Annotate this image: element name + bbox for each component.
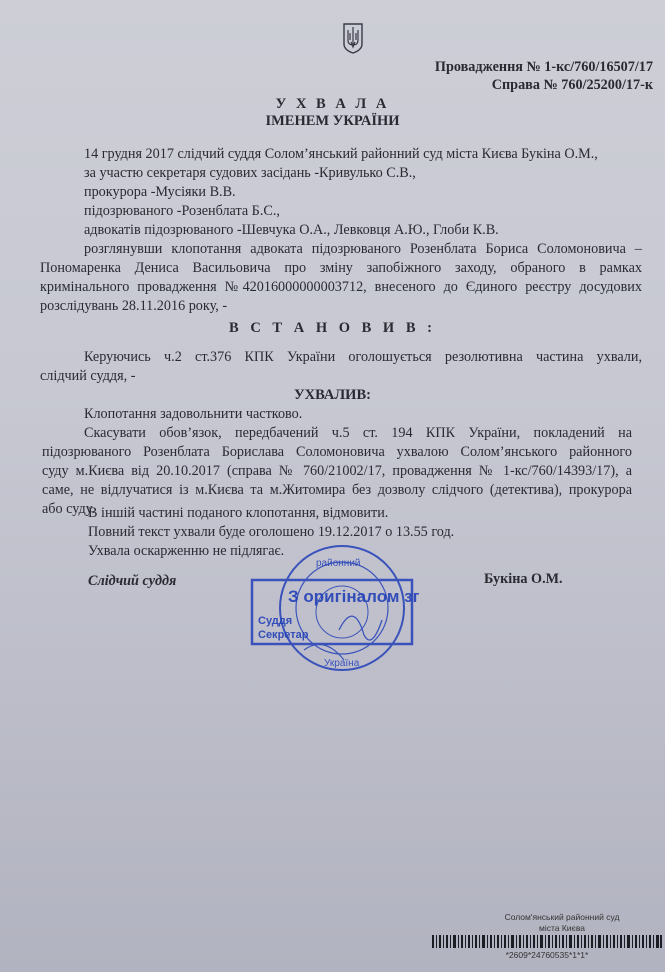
svg-text:З оригіналом згідно: З оригіналом згідно [288, 587, 419, 606]
intro-line: за участю секретаря судових засідань -Кр… [84, 165, 416, 182]
document-title: У Х В А Л А [0, 96, 665, 113]
document-subtitle: ІМЕНЕМ УКРАЇНИ [0, 113, 665, 130]
court-seal-stamp-icon: З оригіналом згідно Суддя Секретар район… [244, 540, 419, 675]
svg-text:Секретар: Секретар [258, 629, 309, 641]
barcode-court-label: Солом'янський районний суд міста Києва [482, 912, 642, 934]
intro-line: розглянувши клопотання адвоката підозрюв… [84, 241, 642, 258]
intro-line: розслідувань 28.11.2016 року, - [40, 298, 227, 315]
signature-role: Слідчий суддя [88, 573, 176, 590]
barcode-icon [432, 935, 662, 948]
intro-line: підозрюваного -Розенблата Б.С., [84, 203, 280, 220]
barcode-court-city: міста Києва [482, 923, 642, 934]
svg-text:Україна: Україна [324, 658, 360, 669]
decision-line: суду м.Києва від 20.10.2017 (справа № 76… [42, 463, 632, 480]
ukraine-trident-emblem-icon [342, 22, 364, 54]
barcode-number: *2609*24760535*1*1* [432, 950, 662, 960]
intro-line: адвокатів підозрюваного -Шевчука О.А., Л… [84, 222, 499, 239]
barcode-court-name: Солом'янський районний суд [482, 912, 642, 923]
section-heading-decided: УХВАЛИВ: [0, 387, 665, 404]
intro-line: прокурора -Мусіяки В.В. [84, 184, 236, 201]
decision-line: або суду. [42, 501, 95, 518]
decision-line: Клопотання задовольнити частково. [84, 406, 302, 423]
established-line: Керуючись ч.2 ст.376 КПК України оголошу… [84, 349, 642, 366]
decision-line: саме, не відлучатися із м.Києва та м.Жит… [42, 482, 632, 499]
decision-line: В іншій частині поданого клопотання, від… [88, 505, 388, 522]
intro-line: 14 грудня 2017 слідчий суддя Солом’янськ… [84, 146, 598, 163]
established-line: слідчий суддя, - [40, 368, 136, 385]
proceeding-number: Провадження № 1-кс/760/16507/17 [435, 59, 653, 76]
decision-line: підозрюваного Розенблата Борислава Солом… [42, 444, 632, 461]
section-heading-established: В С Т А Н О В И В : [0, 320, 665, 337]
intro-line: Пономаренка Дениса Васильовича про зміну… [40, 260, 642, 277]
decision-line: Повний текст ухвали буде оголошено 19.12… [88, 524, 454, 541]
case-number: Справа № 760/25200/17-к [492, 77, 653, 94]
court-ruling-document: Провадження № 1-кс/760/16507/17 Справа №… [0, 0, 665, 972]
intro-line: кримінального провадження №4201600000000… [40, 279, 642, 296]
svg-text:Суддя: Суддя [258, 615, 292, 627]
signature-name: Букіна О.М. [484, 571, 563, 588]
svg-text:районний: районний [316, 558, 361, 569]
decision-line: Скасувати обов’язок, передбачений ч.5 ст… [84, 425, 632, 442]
